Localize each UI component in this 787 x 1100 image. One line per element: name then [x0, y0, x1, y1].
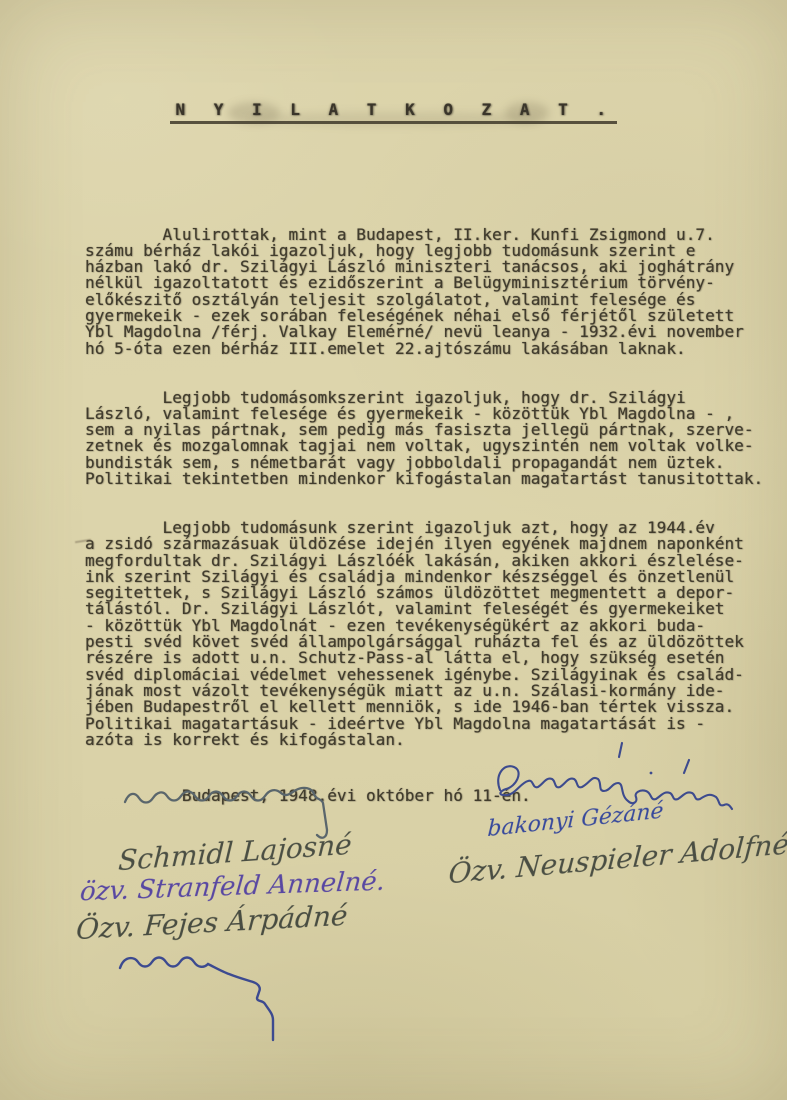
- paragraph-2: Legjobb tudomásomkszerint igazoljuk, hog…: [85, 390, 763, 488]
- document-title-text: N Y I L A T K O Z A T .: [170, 100, 616, 124]
- paragraph-3: Legjobb tudomásunk szerint igazoljuk azt…: [85, 520, 763, 748]
- document-title: N Y I L A T K O Z A T .: [0, 100, 787, 124]
- signature-scribble-left-bottom: [112, 948, 287, 1043]
- paragraph-1: Alulirottak, mint a Budapest, II.ker. Ku…: [85, 227, 763, 357]
- scanned-document-page: N Y I L A T K O Z A T . Alulirottak, min…: [0, 0, 787, 1100]
